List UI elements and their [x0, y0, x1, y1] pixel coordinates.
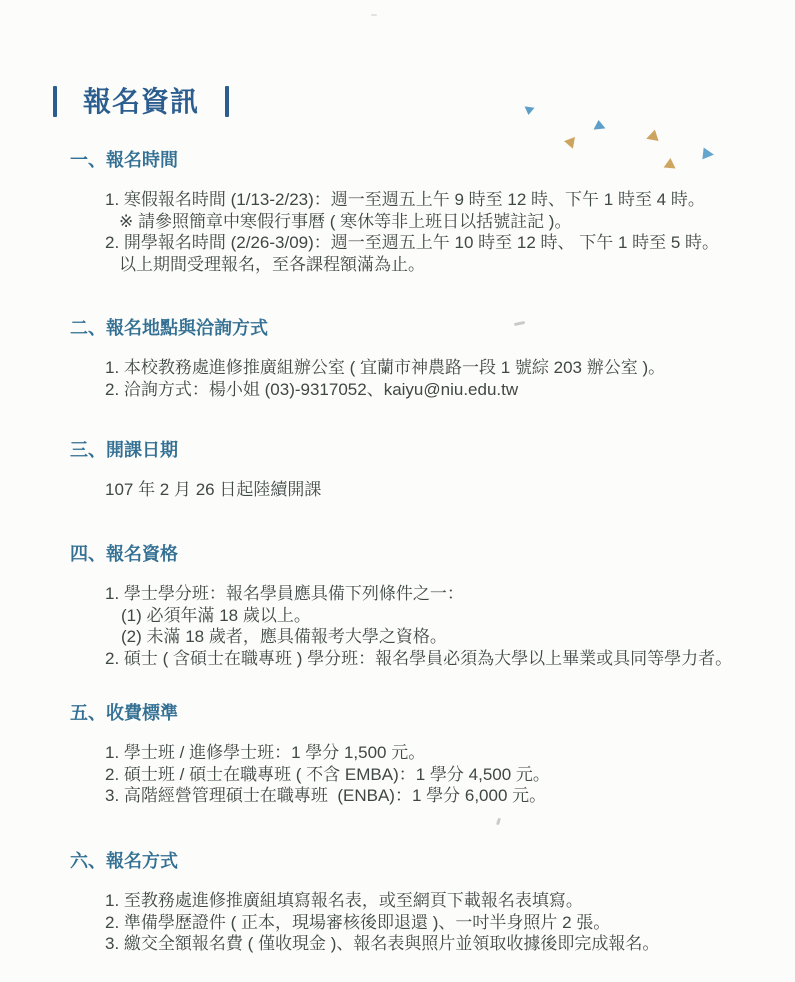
title-accent-bar-right	[225, 86, 229, 117]
course-start-date-text: 107 年 2 月 26 日起陸續開課	[0, 479, 795, 501]
list-item: 1. 本校教務處進修推廣組辦公室 ( 宜蘭市神農路一段 1 號綜 203 辦公室…	[0, 357, 795, 379]
section-heading: 四、報名資格	[0, 542, 795, 566]
decor-triangle-blue-up-icon	[593, 119, 606, 129]
scan-artifact	[496, 818, 501, 826]
decor-triangle-blue-down-icon	[523, 106, 534, 115]
section-course-start-date: 三、開課日期 107 年 2 月 26 日起陸續開課	[0, 438, 795, 501]
list-item: 2. 碩士 ( 含碩士在職專班 ) 學分班：報名學員必須為大學以上畢業或具同等學…	[0, 648, 795, 670]
decor-triangle-tan-left-icon	[563, 135, 575, 149]
section-fees: 五、收費標準 1. 學士班 / 進修學士班：1 學分 1,500 元。 2. 碩…	[0, 701, 795, 807]
list-item: 2. 準備學歷證件 ( 正本，現場審核後即退還 )、一吋半身照片 2 張。	[0, 912, 795, 934]
scanned-document-page: 報名資訊 一、報名時間 1. 寒假報名時間 (1/13-2/23)：週一至週五上…	[0, 0, 795, 982]
list-subitem: (2) 未滿 18 歲者，應具備報考大學之資格。	[0, 626, 795, 648]
list-item-contact: 2. 洽詢方式：楊小姐 (03)-9317052、kaiyu@niu.edu.t…	[0, 379, 795, 401]
list-subitem: (1) 必須年滿 18 歲以上。	[0, 605, 795, 627]
section-body: 107 年 2 月 26 日起陸續開課	[0, 479, 795, 501]
section-eligibility: 四、報名資格 1. 學士學分班：報名學員應具備下列條件之一： (1) 必須年滿 …	[0, 542, 795, 669]
section-heading: 一、報名時間	[0, 148, 795, 172]
list-item: 1. 學士學分班：報名學員應具備下列條件之一：	[0, 583, 795, 605]
list-item: 1. 至教務處進修推廣組填寫報名表，或至網頁下載報名表填寫。	[0, 890, 795, 912]
title-accent-bar-left	[53, 86, 57, 117]
section-body: 1. 學士班 / 進修學士班：1 學分 1,500 元。 2. 碩士班 / 碩士…	[0, 742, 795, 807]
list-item-fee: 1. 學士班 / 進修學士班：1 學分 1,500 元。	[0, 742, 795, 764]
section-body: 1. 本校教務處進修推廣組辦公室 ( 宜蘭市神農路一段 1 號綜 203 辦公室…	[0, 357, 795, 400]
section-body: 1. 學士學分班：報名學員應具備下列條件之一： (1) 必須年滿 18 歲以上。…	[0, 583, 795, 669]
list-item-note: ※ 請參照簡章中寒假行事曆 ( 寒休等非上班日以括號註記 )。	[0, 211, 795, 233]
section-heading: 六、報名方式	[0, 849, 795, 873]
list-item: 2. 開學報名時間 (2/26-3/09)：週一至週五上午 10 時至 12 時…	[0, 232, 795, 254]
scan-artifact	[371, 14, 377, 16]
list-item-fee: 3. 高階經營管理碩士在職專班 (ENBA)：1 學分 6,000 元。	[0, 785, 795, 807]
section-body: 1. 至教務處進修推廣組填寫報名表，或至網頁下載報名表填寫。 2. 準備學歷證件…	[0, 890, 795, 955]
decor-triangle-tan-leftdown-icon	[644, 130, 658, 145]
section-location-contact: 二、報名地點與洽詢方式 1. 本校教務處進修推廣組辦公室 ( 宜蘭市神農路一段 …	[0, 316, 795, 400]
list-item: 3. 繳交全額報名費 ( 僅收現金 )、報名表與照片並領取收據後即完成報名。	[0, 933, 795, 955]
section-heading: 五、收費標準	[0, 701, 795, 725]
list-item-fee: 2. 碩士班 / 碩士在職專班 ( 不含 EMBA)：1 學分 4,500 元。	[0, 764, 795, 786]
page-title-row: 報名資訊	[53, 86, 229, 117]
section-signup-time: 一、報名時間 1. 寒假報名時間 (1/13-2/23)：週一至週五上午 9 時…	[0, 148, 795, 275]
list-item: 1. 寒假報名時間 (1/13-2/23)：週一至週五上午 9 時至 12 時、…	[0, 189, 795, 211]
section-body: 1. 寒假報名時間 (1/13-2/23)：週一至週五上午 9 時至 12 時、…	[0, 189, 795, 275]
list-item-continuation: 以上期間受理報名，至各課程額滿為止。	[0, 254, 795, 276]
section-heading: 三、開課日期	[0, 438, 795, 462]
section-heading: 二、報名地點與洽詢方式	[0, 316, 795, 340]
section-signup-method: 六、報名方式 1. 至教務處進修推廣組填寫報名表，或至網頁下載報名表填寫。 2.…	[0, 849, 795, 955]
page-title: 報名資訊	[83, 86, 199, 117]
